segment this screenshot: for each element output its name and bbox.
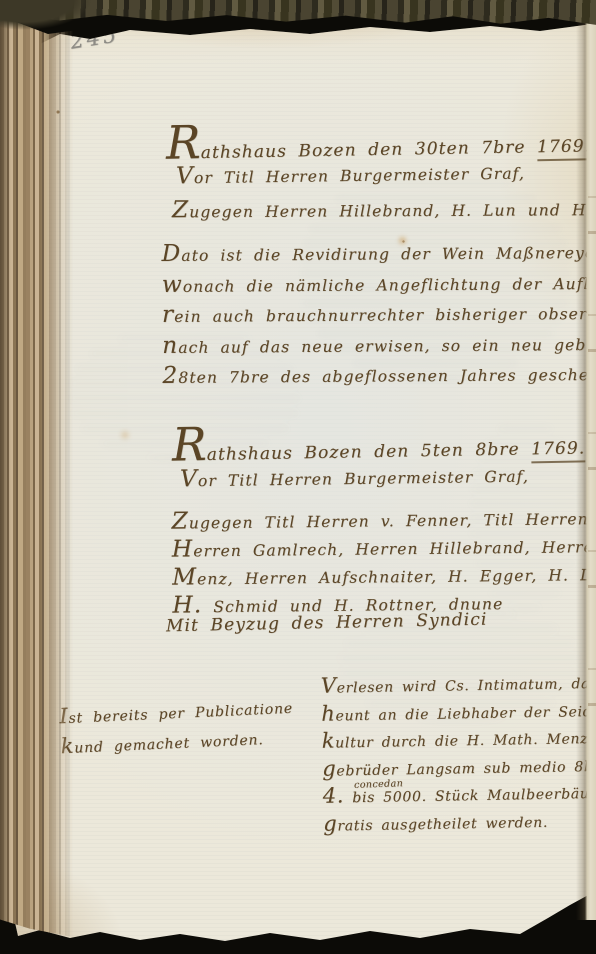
entry1-body-line: rein auch brauchnurrechter bisheriger ob…	[162, 297, 596, 331]
next-page-ink-marks	[588, 180, 596, 740]
entry2-attendee-line: Zugegen Titl Herren v. Fenner, Titl Herr…	[171, 503, 596, 536]
entry2-attendee-line: Menz, Herren Aufschnaiter, H. Egger, H. …	[172, 559, 596, 592]
entry2-present-line: Vor Titl Herren Burgermeister Graf,	[180, 461, 529, 493]
entry1-body: Dato ist die Revidirung der Wein Maßnere…	[161, 236, 596, 392]
entry2-margin-note: Ist bereits per Publicatione kund gemach…	[59, 693, 295, 764]
entry1-present-line: Zugegen Herren Hillebrand, H. Lun und H.…	[172, 194, 596, 224]
paper-stain	[398, 236, 407, 245]
resolution-interlinear-insertion: concedan	[354, 778, 404, 791]
entry1-body-line: nach auf das neue erwisen, so ein neu ge…	[162, 328, 596, 362]
resolution-line: Verlesen wird Cs. Intimatum, daß auf	[321, 668, 596, 701]
manuscript-scan: { "document": { "page_number": "245", "i…	[0, 0, 596, 954]
resolution-line: gratis ausgetheilet werden.	[323, 806, 596, 839]
entry2-resolution: Verlesen wird Cs. Intimatum, daß auf heu…	[321, 668, 596, 838]
entry2-attendee-line: Herren Gamlrech, Herren Hillebrand, Herr…	[172, 531, 596, 564]
entry1-present-line: Vor Titl Herren Burgermeister Graf,	[176, 158, 525, 190]
entry1-body-line: 28ten 7bre des abgeflossenen Jahres gesc…	[162, 358, 596, 392]
manuscript-page: 245 Rathshaus Bozen den 30ten 7bre 1769.…	[0, 0, 592, 948]
resolution-line: kultur durch die H. Math. Menz	[322, 723, 596, 756]
entry1-body-line: wonach die nämliche Angeflichtung der Au…	[162, 267, 596, 301]
book-binding	[0, 16, 78, 938]
entry2-attendees: Zugegen Titl Herren v. Fenner, Titl Herr…	[171, 503, 596, 620]
entry1-body-line: Dato ist die Revidirung der Wein Maßnere…	[161, 236, 596, 270]
paper-stain	[120, 430, 130, 440]
book-top-left-corner	[0, 0, 120, 52]
